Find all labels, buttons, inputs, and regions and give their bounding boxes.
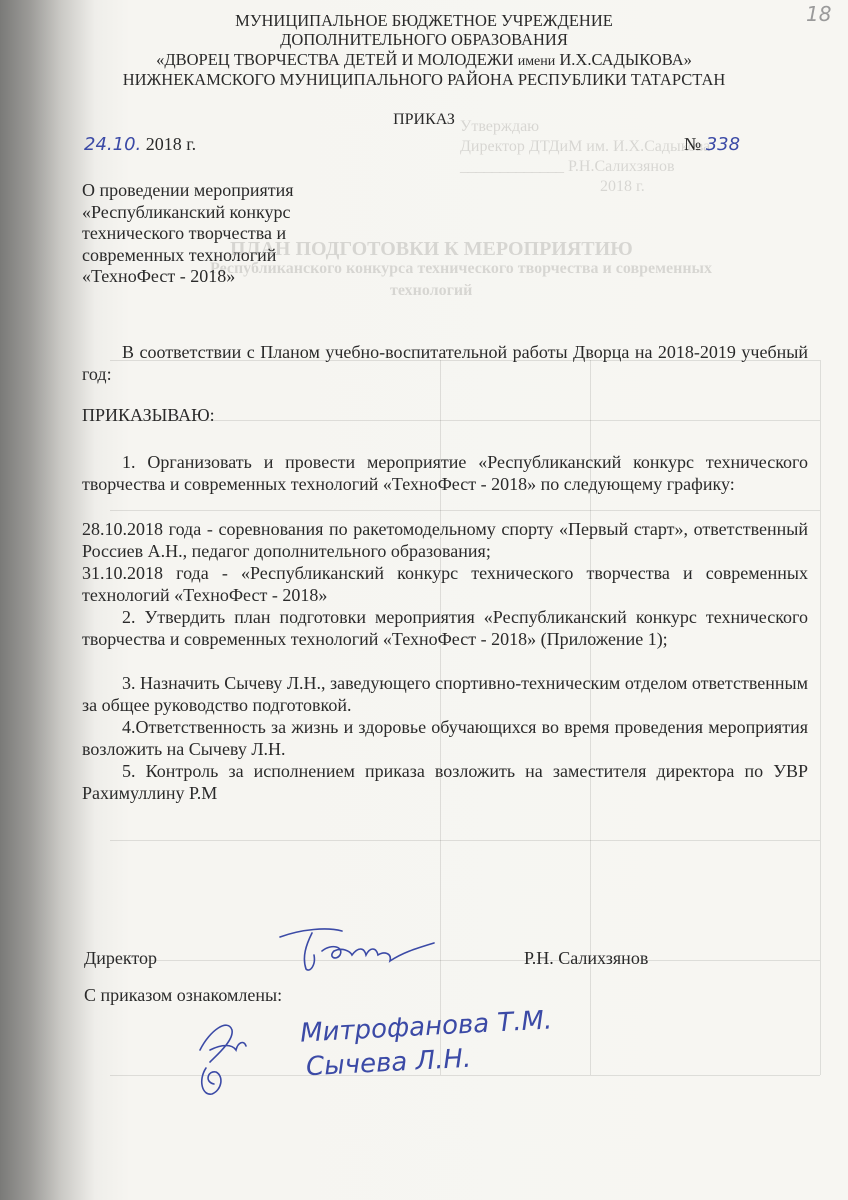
handwritten-number: 338: [706, 134, 740, 155]
director-signature: [272, 925, 442, 975]
preamble: В соответствии с Планом учебно-воспитате…: [82, 341, 808, 385]
document-title: ПРИКАЗ: [0, 111, 848, 129]
bleed-through-text: _____________ Р.Н.Салихзянов: [460, 158, 675, 176]
letterhead-line-2: ДОПОЛНИТЕЛЬНОГО ОБРАЗОВАНИЯ: [0, 30, 848, 49]
order-number: № 338: [684, 133, 740, 156]
handwritten-date: 24.10.: [84, 134, 141, 155]
item-3: 3. Назначить Сычеву Л.Н., заведующего сп…: [82, 672, 808, 716]
bleed-through-text: 2018 г.: [600, 178, 645, 196]
item-2: 2. Утвердить план подготовки мероприятия…: [82, 606, 808, 650]
order-date: 24.10. 2018 г.: [84, 133, 196, 156]
order-subject: О проведении мероприятия «Республикански…: [82, 180, 294, 288]
bleed-through-rule: [110, 840, 820, 841]
signatory-name: Р.Н. Салихзянов: [524, 947, 648, 969]
bleed-through-text: технологий: [390, 282, 472, 300]
signatory-position: Директор: [84, 947, 157, 969]
bleed-through-rule: [110, 510, 820, 511]
bleed-through-rule: [820, 360, 821, 1075]
bleed-through-rule: [110, 960, 820, 961]
item-5: 5. Контроль за исполнением приказа возло…: [82, 760, 808, 804]
letterhead-line-1: МУНИЦИПАЛЬНОЕ БЮДЖЕТНОЕ УЧРЕЖДЕНИЕ: [0, 11, 848, 30]
schedule-1: 28.10.2018 года - соревнования по ракето…: [82, 518, 808, 562]
letterhead-line-4: НИЖНЕКАМСКОГО МУНИЦИПАЛЬНОГО РАЙОНА РЕСП…: [0, 70, 848, 89]
scanned-page: Утверждаю Директор ДТДиМ им. И.Х.Садыков…: [0, 0, 848, 1200]
acknowledgement-label: С приказом ознакомлены:: [84, 984, 282, 1006]
directive: ПРИКАЗЫВАЮ:: [82, 404, 808, 426]
bleed-through-text: Директор ДТДиМ им. И.Х.Садыкова: [460, 138, 710, 156]
item-4: 4.Ответственность за жизнь и здоровье об…: [82, 716, 808, 760]
schedule-2: 31.10.2018 года - «Республиканский конку…: [82, 562, 808, 606]
letterhead-line-3: «ДВОРЕЦ ТВОРЧЕСТВА ДЕТЕЙ И МОЛОДЕЖИ имен…: [0, 50, 848, 71]
item-1: 1. Организовать и провести мероприятие «…: [82, 451, 808, 495]
